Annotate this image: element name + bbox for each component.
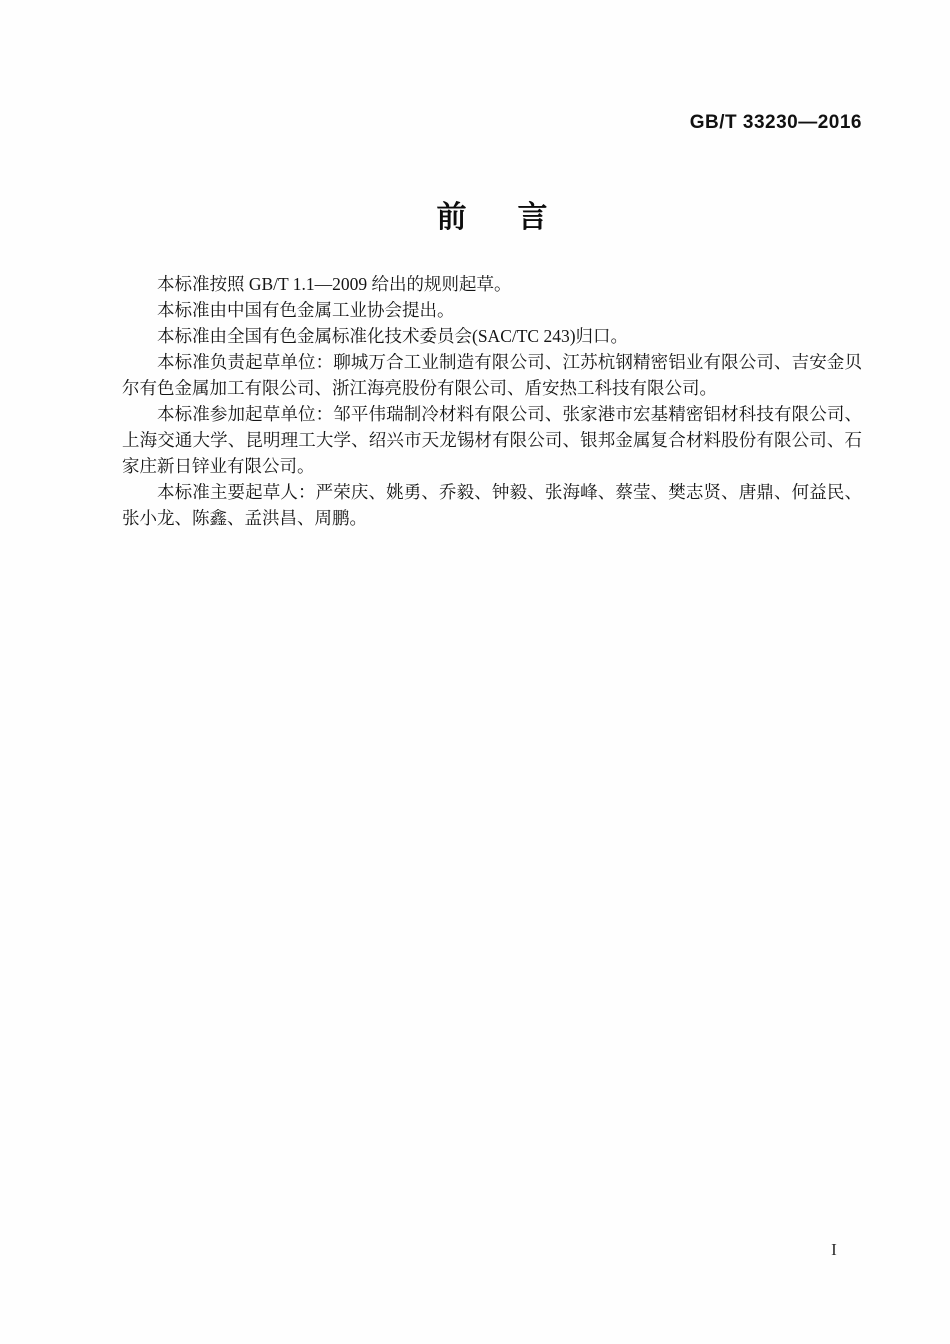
foreword-paragraph-main-drafters: 本标准主要起草人：严荣庆、姚勇、乔毅、钟毅、张海峰、蔡莹、樊志贤、唐鼎、何益民、… bbox=[122, 479, 862, 531]
foreword-paragraph-responsible-drafting-units: 本标准负责起草单位：聊城万合工业制造有限公司、江苏杭钢精密铝业有限公司、吉安金贝… bbox=[122, 349, 862, 401]
foreword-paragraph-drafting-rules: 本标准按照 GB/T 1.1—2009 给出的规则起草。 bbox=[122, 271, 862, 297]
page-number: I bbox=[822, 1240, 846, 1260]
foreword-paragraph-proposed-by: 本标准由中国有色金属工业协会提出。 bbox=[122, 297, 862, 323]
page-title: 前言 bbox=[122, 192, 862, 236]
foreword-paragraph-participating-drafting-units: 本标准参加起草单位：邹平伟瑞制冷材料有限公司、张家港市宏基精密铝材科技有限公司、… bbox=[122, 401, 862, 479]
foreword-paragraph-centralized-by: 本标准由全国有色金属标准化技术委员会(SAC/TC 243)归口。 bbox=[122, 323, 862, 349]
standard-number: GB/T 33230—2016 bbox=[122, 112, 862, 134]
document-page: GB/T 33230—2016 前言 本标准按照 GB/T 1.1—2009 给… bbox=[0, 0, 950, 1344]
foreword-body: 本标准按照 GB/T 1.1—2009 给出的规则起草。 本标准由中国有色金属工… bbox=[122, 271, 862, 531]
